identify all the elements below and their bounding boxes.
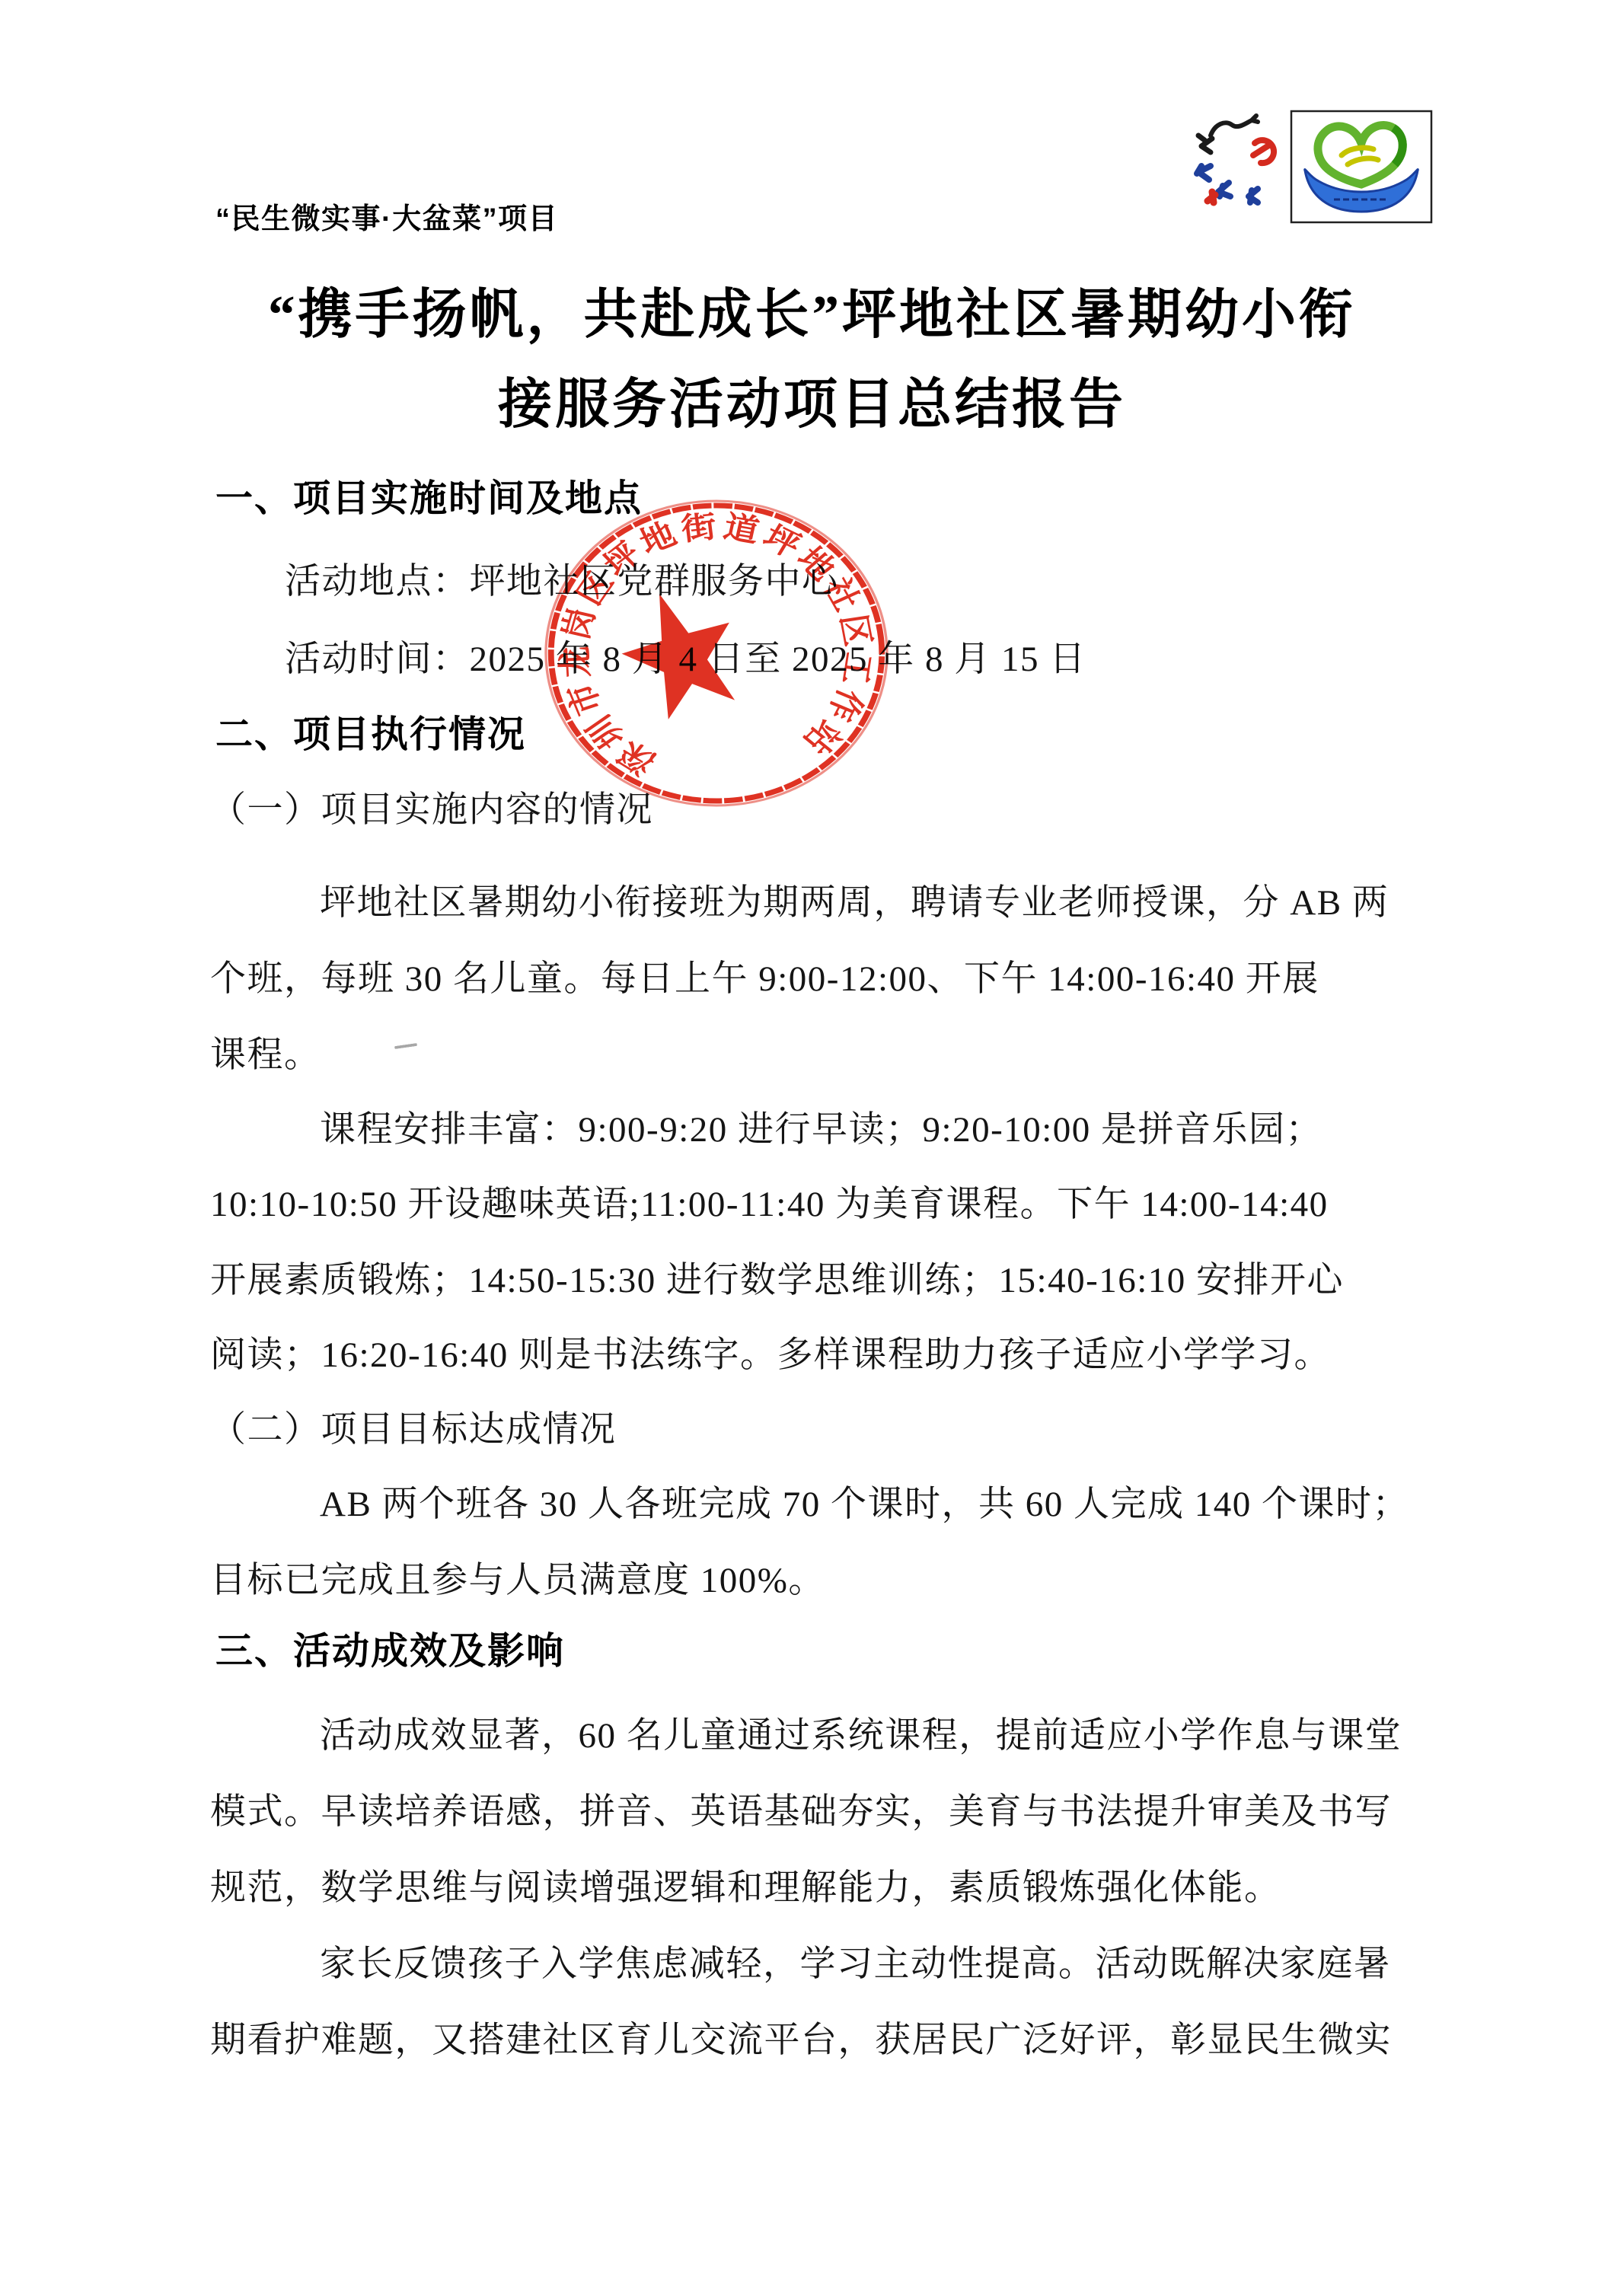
section2-heading: 二、项目执行情况 — [215, 705, 526, 758]
official-red-seal: 深圳市龙岗区坪地街道坪地社区工作站 — [526, 463, 907, 844]
paragraph4-line2: 模式。早读培养语感，拼音、英语基础夯实，美育与书法提升审美及书写 — [210, 1783, 1392, 1834]
bowl — [1305, 170, 1418, 212]
report-title-line2: 接服务活动项目总结报告 — [0, 361, 1624, 439]
section3-heading: 三、活动成效及影响 — [215, 1622, 565, 1675]
swoosh-hands — [1342, 148, 1378, 164]
heart-outline — [1318, 126, 1402, 184]
section2-sub2: （二）项目目标达成情况 — [210, 1401, 617, 1452]
heart-bowl-logo — [1291, 111, 1431, 222]
paragraph5-line1: 家长反馈孩子入学焦虑减轻，学习主动性提高。活动既解决家庭暑 — [320, 1935, 1391, 1986]
paragraph5-line2: 期看护难题，又搭建社区育儿交流平台，获居民广泛好评，彰显民生微实 — [210, 2011, 1392, 2062]
paragraph1-line1: 坪地社区暑期幼小衔接班为期两周，聘请专业老师授课，分 AB 两 — [320, 874, 1389, 925]
paragraph4-line1: 活动成效显著，60 名儿童通过系统课程，提前适应小学作息与课堂 — [320, 1707, 1402, 1758]
paragraph1-line2: 个班，每班 30 名儿童。每日上午 9:00-12:00、下午 14:00-16… — [210, 950, 1319, 1001]
paragraph3-line2: 目标已完成且参与人员满意度 100%。 — [210, 1552, 825, 1603]
report-title-line1: “携手扬帆，共赴成长”坪地社区暑期幼小衔 — [0, 271, 1624, 349]
stray-pencil-mark — [394, 1043, 417, 1049]
header-logos — [1179, 107, 1437, 236]
paragraph3-line1: AB 两个班各 30 人各班完成 70 个课时，共 60 人完成 140 个课时… — [320, 1475, 1409, 1526]
paragraph2-line2: 10:10-10:50 开设趣味英语;11:00-11:40 为美育课程。下午 … — [210, 1175, 1329, 1227]
party-dancers-logo — [1197, 116, 1274, 203]
paragraph2-line4: 阅读；16:20-16:40 则是书法练字。多样课程助力孩子适应小学学习。 — [210, 1326, 1331, 1377]
project-tag: “民生微实事·大盆菜”项目 — [215, 195, 558, 237]
paragraph4-line3: 规范，数学思维与阅读增强逻辑和理解能力，素质锻炼强化体能。 — [210, 1859, 1281, 1910]
seal-star — [605, 578, 755, 725]
paragraph1-line3: 课程。 — [210, 1026, 321, 1077]
scanned-report-page: “民生微实事·大盆菜”项目 “携手扬帆，共赴成长”坪地社区暑期幼小 — [0, 0, 1624, 2284]
paragraph2-line3: 开展素质锻炼；14:50-15:30 进行数学思维训练；15:40-16:10 … — [210, 1252, 1344, 1303]
paragraph2-line1: 课程安排丰富：9:00-9:20 进行早读；9:20-10:00 是拼音乐园； — [320, 1101, 1322, 1152]
